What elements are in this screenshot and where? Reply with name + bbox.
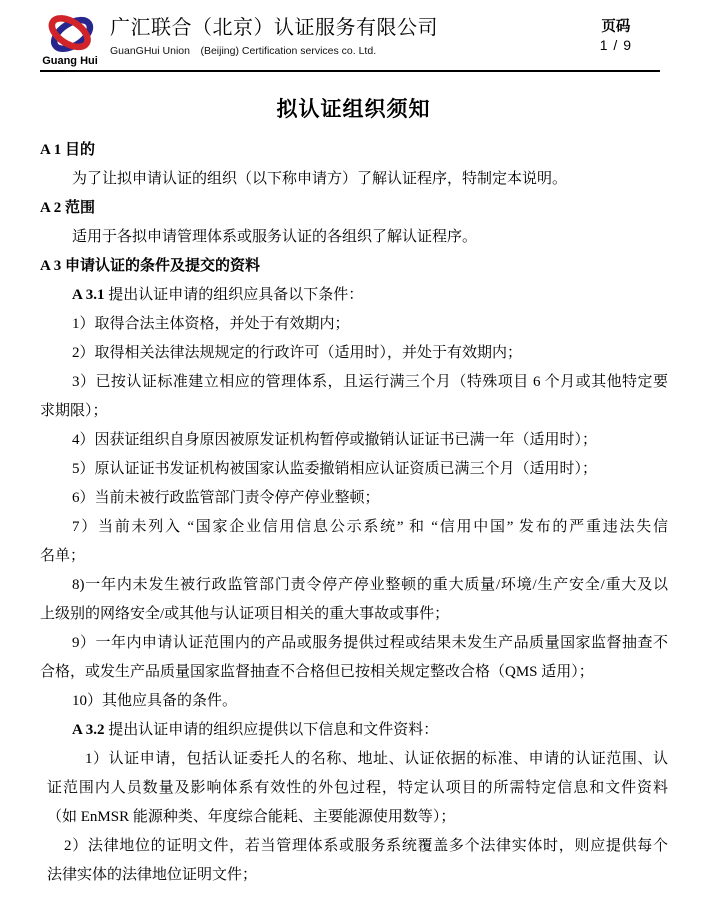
text-line: 名单； [40, 542, 668, 571]
text-line: 2）取得相关法律法规规定的行政许可（适用时），并处于有效期内； [40, 339, 668, 368]
section-heading: A 1 目的 [40, 136, 668, 165]
text-line: 4）因获证组织自身原因被原发证机构暂停或撤销认证证书已满一年（适用时）； [40, 426, 668, 455]
section-heading: A 3 申请认证的条件及提交的资料 [40, 252, 668, 281]
document-body: A 1 目的为了让拟申请认证的组织（以下称申请方）了解认证程序，特制定本说明。A… [40, 136, 668, 890]
document-page: Guang Hui 广汇联合（北京）认证服务有限公司 GuanGHui Unio… [0, 0, 707, 923]
guanghui-rings-icon [43, 12, 97, 58]
document-header: Guang Hui 广汇联合（北京）认证服务有限公司 GuanGHui Unio… [40, 12, 660, 72]
text-line: 6）当前未被行政监管部门责令停产停业整顿； [40, 484, 668, 513]
section-heading: A 2 范围 [40, 194, 668, 223]
text-line: 证范围内人员数量及影响体系有效性的外包过程，特定认项目的所需特定信息和文件资料 [40, 774, 668, 803]
company-name-english: GuanGHui Union (Beijing) Certification s… [110, 43, 438, 58]
text-line: 上级别的网络安全/或其他与认证项目相关的重大事故或事件； [40, 600, 668, 629]
text-line: A 3.2 提出认证申请的组织应提供以下信息和文件资料： [40, 716, 668, 745]
page-number-value: 1 / 9 [600, 36, 632, 54]
text-line: 法律实体的法律地位证明文件； [40, 861, 668, 890]
company-name-block: 广汇联合（北京）认证服务有限公司 GuanGHui Union (Beijing… [110, 12, 438, 58]
text-line: A 3.1 提出认证申请的组织应具备以下条件： [40, 281, 668, 310]
company-name-chinese: 广汇联合（北京）认证服务有限公司 [110, 16, 438, 40]
text-line: 1）认证申请，包括认证委托人的名称、地址、认证依据的标准、申请的认证范围、认 [40, 745, 668, 774]
text-line: 求期限）； [40, 397, 668, 426]
text-line: （如 EnMSR 能源种类、年度综合能耗、主要能源使用数等）； [40, 803, 668, 832]
text-line: 为了让拟申请认证的组织（以下称申请方）了解认证程序，特制定本说明。 [40, 165, 668, 194]
text-line: 5）原认证证书发证机构被国家认监委撤销相应认证资质已满三个月（适用时）； [40, 455, 668, 484]
page-number-block: 页码 1 / 9 [600, 12, 632, 54]
text-line: 9）一年内申请认证范围内的产品或服务提供过程或结果未发生产品质量国家监督抽查不 [40, 629, 668, 658]
document-title: 拟认证组织须知 [0, 94, 707, 124]
text-line: 10）其他应具备的条件。 [40, 687, 668, 716]
text-line: 8)一年内未发生被行政监管部门责令停产停业整顿的重大质量/环境/生产安全/重大及… [40, 571, 668, 600]
text-line: 1）取得合法主体资格，并处于有效期内； [40, 310, 668, 339]
text-line: 3）已按认证标准建立相应的管理体系，且运行满三个月（特殊项目 6 个月或其他特定… [40, 368, 668, 397]
text-line: 合格，或发生产品质量国家监督抽查不合格但已按相关规定整改合格（QMS 适用）； [40, 658, 668, 687]
company-logo: Guang Hui [40, 12, 100, 67]
text-line: 2）法律地位的证明文件，若当管理体系或服务系统覆盖多个法律实体时，则应提供每个 [40, 832, 668, 861]
page-number-label: 页码 [600, 18, 632, 36]
text-line: 7）当前未列入 “国家企业信用信息公示系统” 和 “信用中国” 发布的严重违法失… [40, 513, 668, 542]
logo-text: Guang Hui [42, 55, 98, 67]
text-line: 适用于各拟申请管理体系或服务认证的各组织了解认证程序。 [40, 223, 668, 252]
